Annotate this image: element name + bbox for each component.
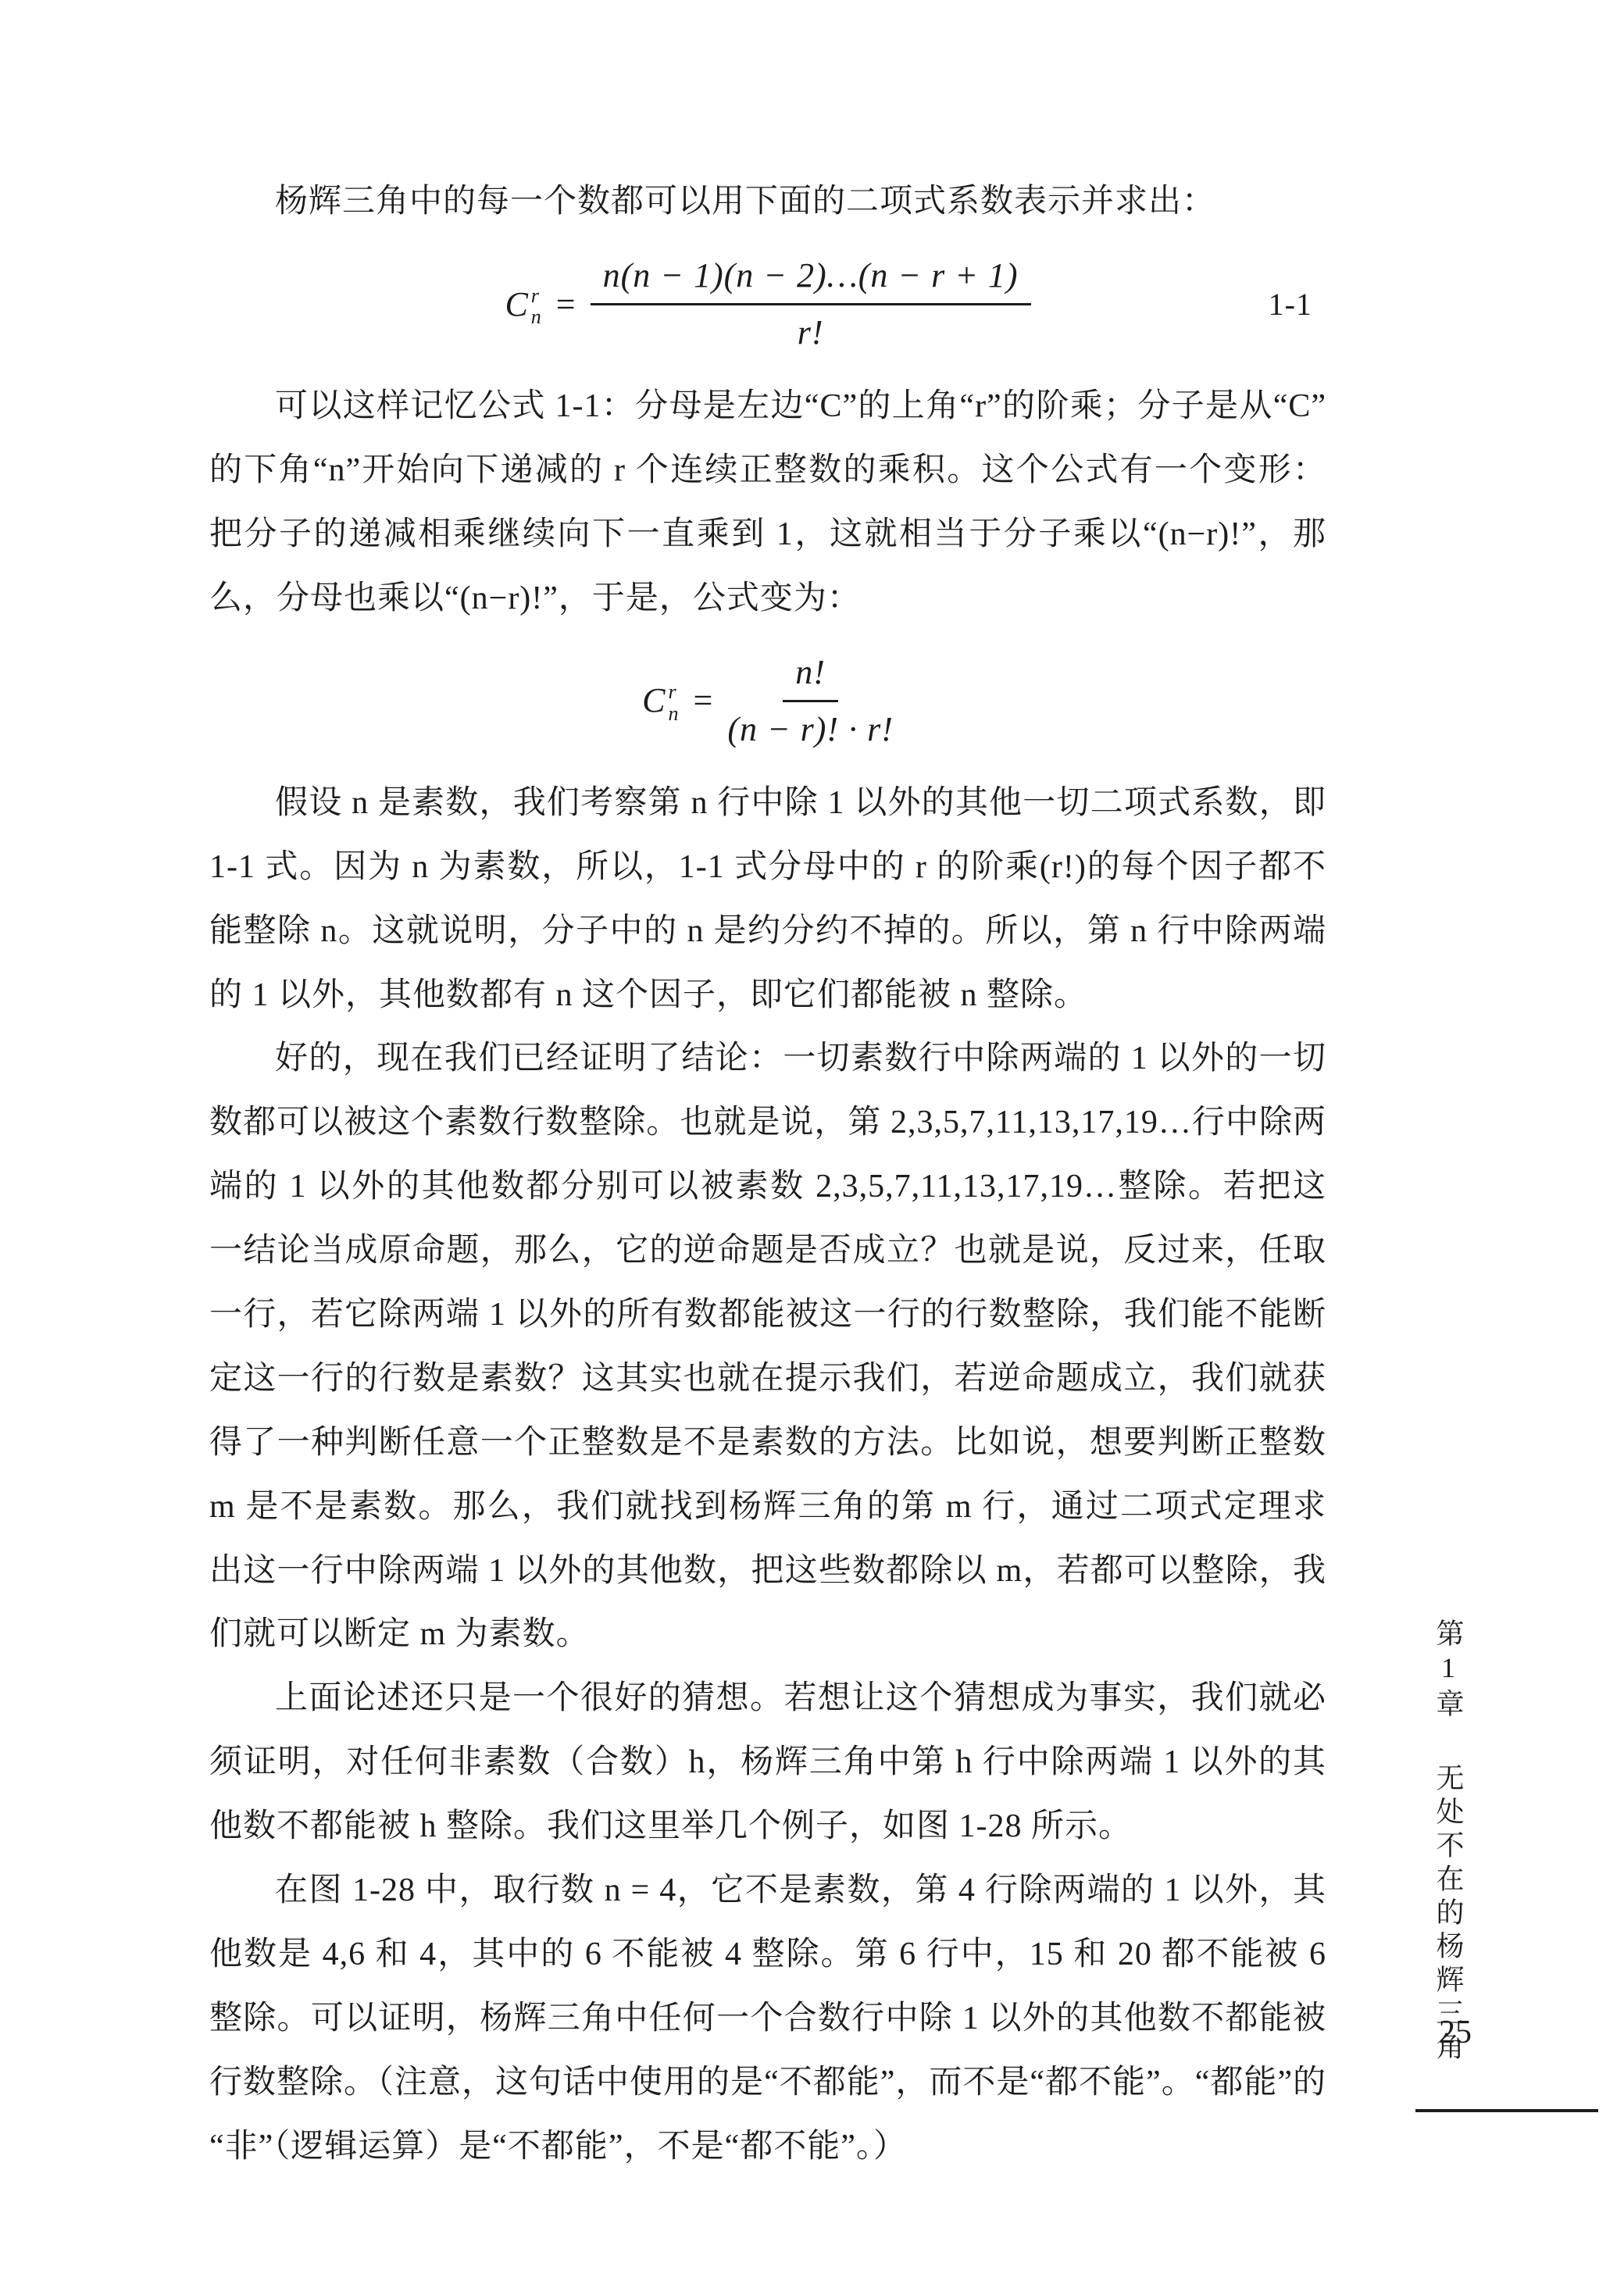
page-number: 25 xyxy=(1439,2014,1472,2051)
sup-sub-stack: r n xyxy=(668,681,679,724)
paragraph-mnemonic: 可以这样记忆公式 1-1：分母是左边“C”的上角“r”的阶乘；分子是从“C”的下… xyxy=(209,375,1326,631)
paragraph-example-fig-1-28: 在图 1-28 中，取行数 n = 4，它不是素数，第 4 行除两端的 1 以外… xyxy=(209,1859,1326,2179)
book-page: 杨辉三角中的每一个数都可以用下面的二项式系数表示并求出： C r n = n(n… xyxy=(0,0,1624,2270)
chapter-margin-marker: 第1章 无处不在的杨辉三角 xyxy=(1434,1619,1462,2065)
fraction-numerator: n! xyxy=(783,653,838,703)
superscript-r: r xyxy=(668,681,679,702)
formula-factorial: C r n = n! (n − r)! · r! xyxy=(209,631,1326,772)
sup-sub-stack: r n xyxy=(531,285,542,328)
subscript-n: n xyxy=(531,306,542,327)
binomial-formula-factorial: C r n = n! (n − r)! · r! xyxy=(642,653,894,750)
fraction-denominator: (n − r)! · r! xyxy=(727,702,894,750)
c-n-r-symbol: C r n xyxy=(642,680,679,723)
superscript-r: r xyxy=(531,285,542,306)
main-text-column: 杨辉三角中的每一个数都可以用下面的二项式系数表示并求出： C r n = n(n… xyxy=(209,170,1326,2179)
formula-1-1: C r n = n(n − 1)(n − 2)…(n − r + 1) r! 1… xyxy=(209,234,1326,375)
paragraph-intro: 杨辉三角中的每一个数都可以用下面的二项式系数表示并求出： xyxy=(209,170,1326,234)
equals-sign: = xyxy=(679,681,727,721)
footer-divider-line xyxy=(1415,2109,1598,2112)
fraction: n! (n − r)! · r! xyxy=(727,653,894,750)
c-n-r-symbol: C r n xyxy=(505,284,541,327)
formula-symbol: C xyxy=(642,681,666,721)
paragraph-conclusion-converse: 好的，现在我们已经证明了结论：一切素数行中除两端的 1 以外的一切数都可以被这个… xyxy=(209,1027,1326,1667)
equation-number: 1-1 xyxy=(1269,274,1312,335)
paragraph-prime-proof: 假设 n 是素数，我们考察第 n 行中除 1 以外的其他一切二项式系数，即 1-… xyxy=(209,772,1326,1028)
fraction-numerator: n(n − 1)(n − 2)…(n − r + 1) xyxy=(591,256,1031,306)
fraction-denominator: r! xyxy=(798,305,824,353)
subscript-n: n xyxy=(668,703,679,724)
binomial-formula-expanded: C r n = n(n − 1)(n − 2)…(n − r + 1) r! xyxy=(505,256,1030,353)
fraction: n(n − 1)(n − 2)…(n − r + 1) r! xyxy=(591,256,1031,353)
formula-symbol: C xyxy=(505,285,528,325)
chapter-number-vertical: 第1章 xyxy=(1434,1619,1462,1722)
equals-sign: = xyxy=(542,285,591,325)
paragraph-conjecture: 上面论述还只是一个很好的猜想。若想让这个猜想成为事实，我们就必须证明，对任何非素… xyxy=(209,1667,1326,1859)
